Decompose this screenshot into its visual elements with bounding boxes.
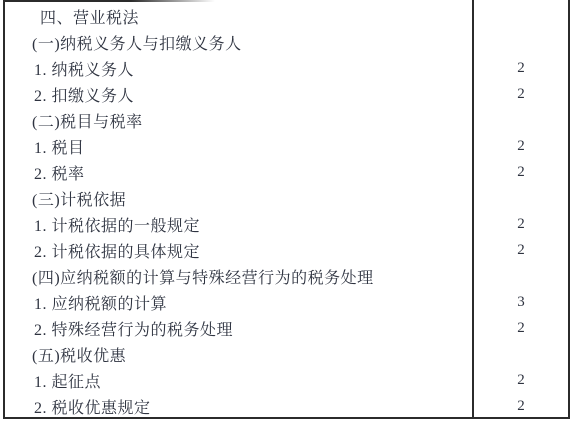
toc-row-item: 1. 起征点 2 (5, 367, 568, 393)
toc-entry-label: 1. 应纳税额的计算 (5, 291, 167, 314)
toc-row-item: 2. 计税依据的具体规定 2 (5, 237, 568, 263)
toc-entry-page: 2 (474, 320, 568, 337)
toc-entry-label: (二)税目与税率 (5, 109, 143, 132)
toc-entry-label: 2. 特殊经营行为的税务处理 (5, 317, 233, 340)
toc-entry-page: 2 (474, 164, 568, 181)
toc-row-item: 2. 扣缴义务人 2 (5, 81, 568, 107)
table-top-border (5, 0, 215, 2)
toc-entry-page: 2 (474, 398, 568, 415)
toc-row-section: (四)应纳税额的计算与特殊经营行为的税务处理 (5, 263, 568, 289)
toc-entry-page: 2 (474, 216, 568, 233)
toc-row-item: 1. 计税依据的一般规定 2 (5, 211, 568, 237)
toc-entry-label: (四)应纳税额的计算与特殊经营行为的税务处理 (5, 265, 374, 288)
toc-rows: 四、营业税法 (一)纳税义务人与扣缴义务人 1. 纳税义务人 2 2. 扣缴义务… (5, 3, 568, 419)
toc-entry-page: 2 (474, 372, 568, 389)
toc-entry-page: 2 (474, 242, 568, 259)
toc-entry-label: 2. 扣缴义务人 (5, 83, 134, 106)
toc-entry-page: 2 (474, 138, 568, 155)
toc-entry-label: 四、营业税法 (5, 5, 139, 28)
toc-row-item: 1. 税目 2 (5, 133, 568, 159)
toc-entry-label: 2. 计税依据的具体规定 (5, 239, 200, 262)
toc-table: 四、营业税法 (一)纳税义务人与扣缴义务人 1. 纳税义务人 2 2. 扣缴义务… (3, 0, 570, 419)
toc-entry-label: 1. 税目 (5, 135, 85, 158)
toc-row-chapter: 四、营业税法 (5, 3, 568, 29)
toc-row-section: (二)税目与税率 (5, 107, 568, 133)
toc-row-item: 2. 特殊经营行为的税务处理 2 (5, 315, 568, 341)
toc-entry-label: 1. 纳税义务人 (5, 57, 134, 80)
toc-entry-label: 1. 起征点 (5, 369, 101, 392)
toc-row-item: 1. 应纳税额的计算 3 (5, 289, 568, 315)
toc-entry-page: 2 (474, 86, 568, 103)
toc-entry-label: (一)纳税义务人与扣缴义务人 (5, 31, 242, 54)
toc-row-item: 2. 税率 2 (5, 159, 568, 185)
toc-entry-label: 1. 计税依据的一般规定 (5, 213, 200, 236)
toc-entry-label: 2. 税收优惠规定 (5, 395, 151, 418)
toc-row-section: (三)计税依据 (5, 185, 568, 211)
toc-row-item: 2. 税收优惠规定 2 (5, 393, 568, 419)
toc-entry-page: 2 (474, 60, 568, 77)
toc-entry-label: (五)税收优惠 (5, 343, 126, 366)
toc-entry-label: 2. 税率 (5, 161, 85, 184)
toc-row-item: 1. 纳税义务人 2 (5, 55, 568, 81)
toc-entry-page: 3 (474, 294, 568, 311)
toc-row-section: (一)纳税义务人与扣缴义务人 (5, 29, 568, 55)
toc-row-section: (五)税收优惠 (5, 341, 568, 367)
toc-entry-label: (三)计税依据 (5, 187, 126, 210)
